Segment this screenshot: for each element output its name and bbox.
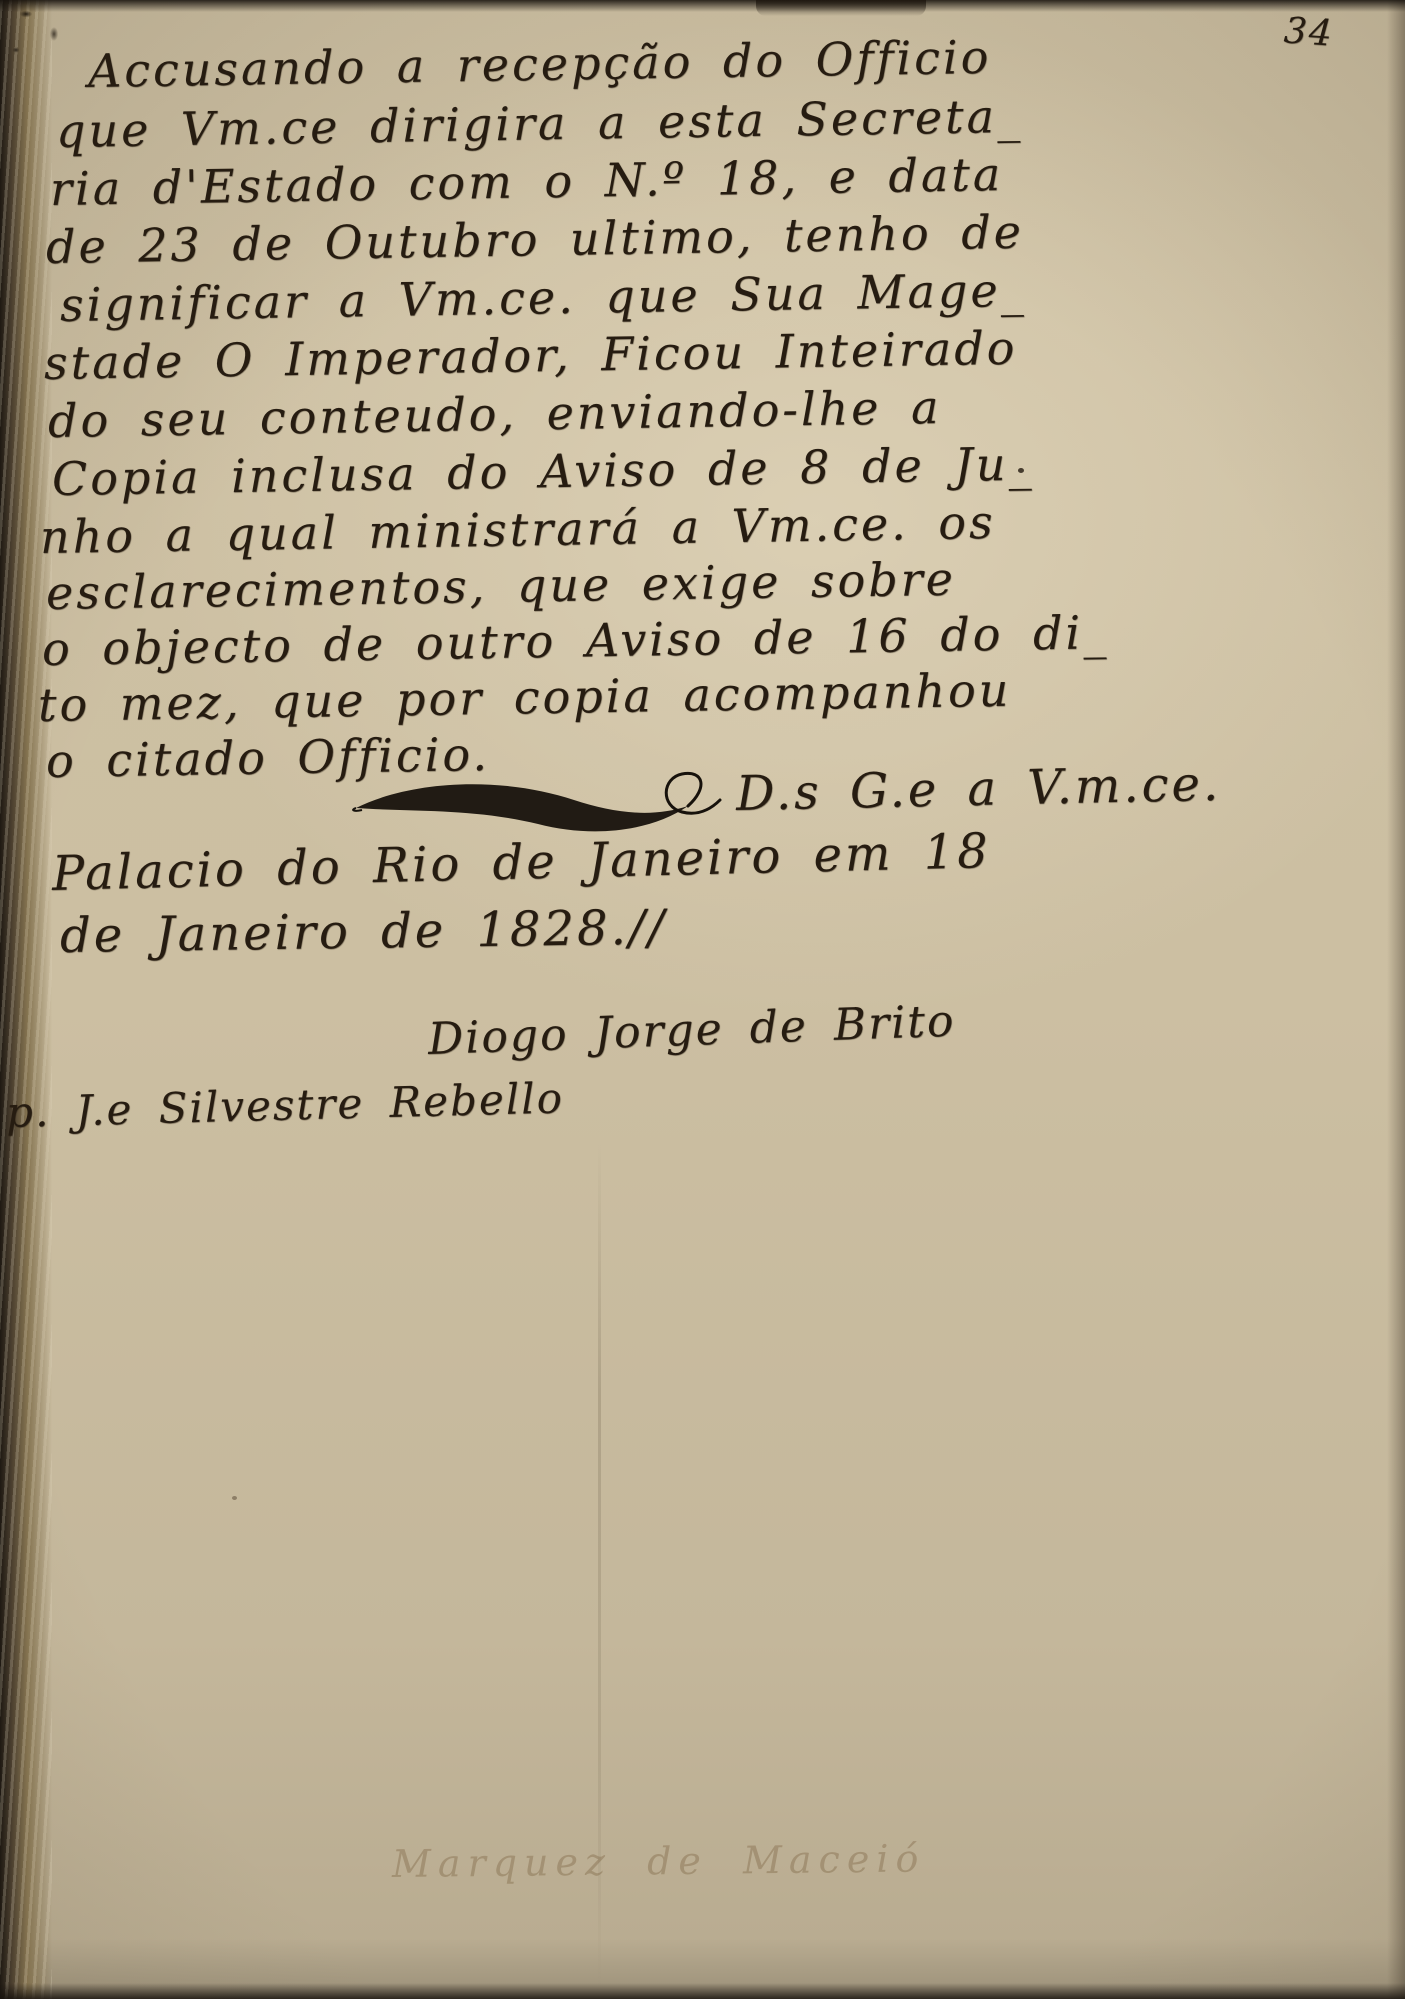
ink-smudge (756, 0, 926, 16)
page-edge-top (0, 0, 1405, 12)
closing-salute: D.s G.e a V.m.ce. (735, 756, 1221, 822)
dateline-date: de Janeiro de 1828.// (60, 900, 668, 964)
page-edge-bottom (0, 1983, 1405, 1999)
manuscript-page: 34 Accusando a recepção do Officio que V… (0, 0, 1405, 1999)
pencil-annotation: Marquez de Maceió (392, 1836, 926, 1886)
page-edge-right (1387, 0, 1405, 1999)
ink-speck (232, 1496, 237, 1500)
page-number: 34 (1283, 10, 1336, 54)
corner-ink-marks (6, 4, 86, 62)
binding-edge (0, 0, 52, 1999)
